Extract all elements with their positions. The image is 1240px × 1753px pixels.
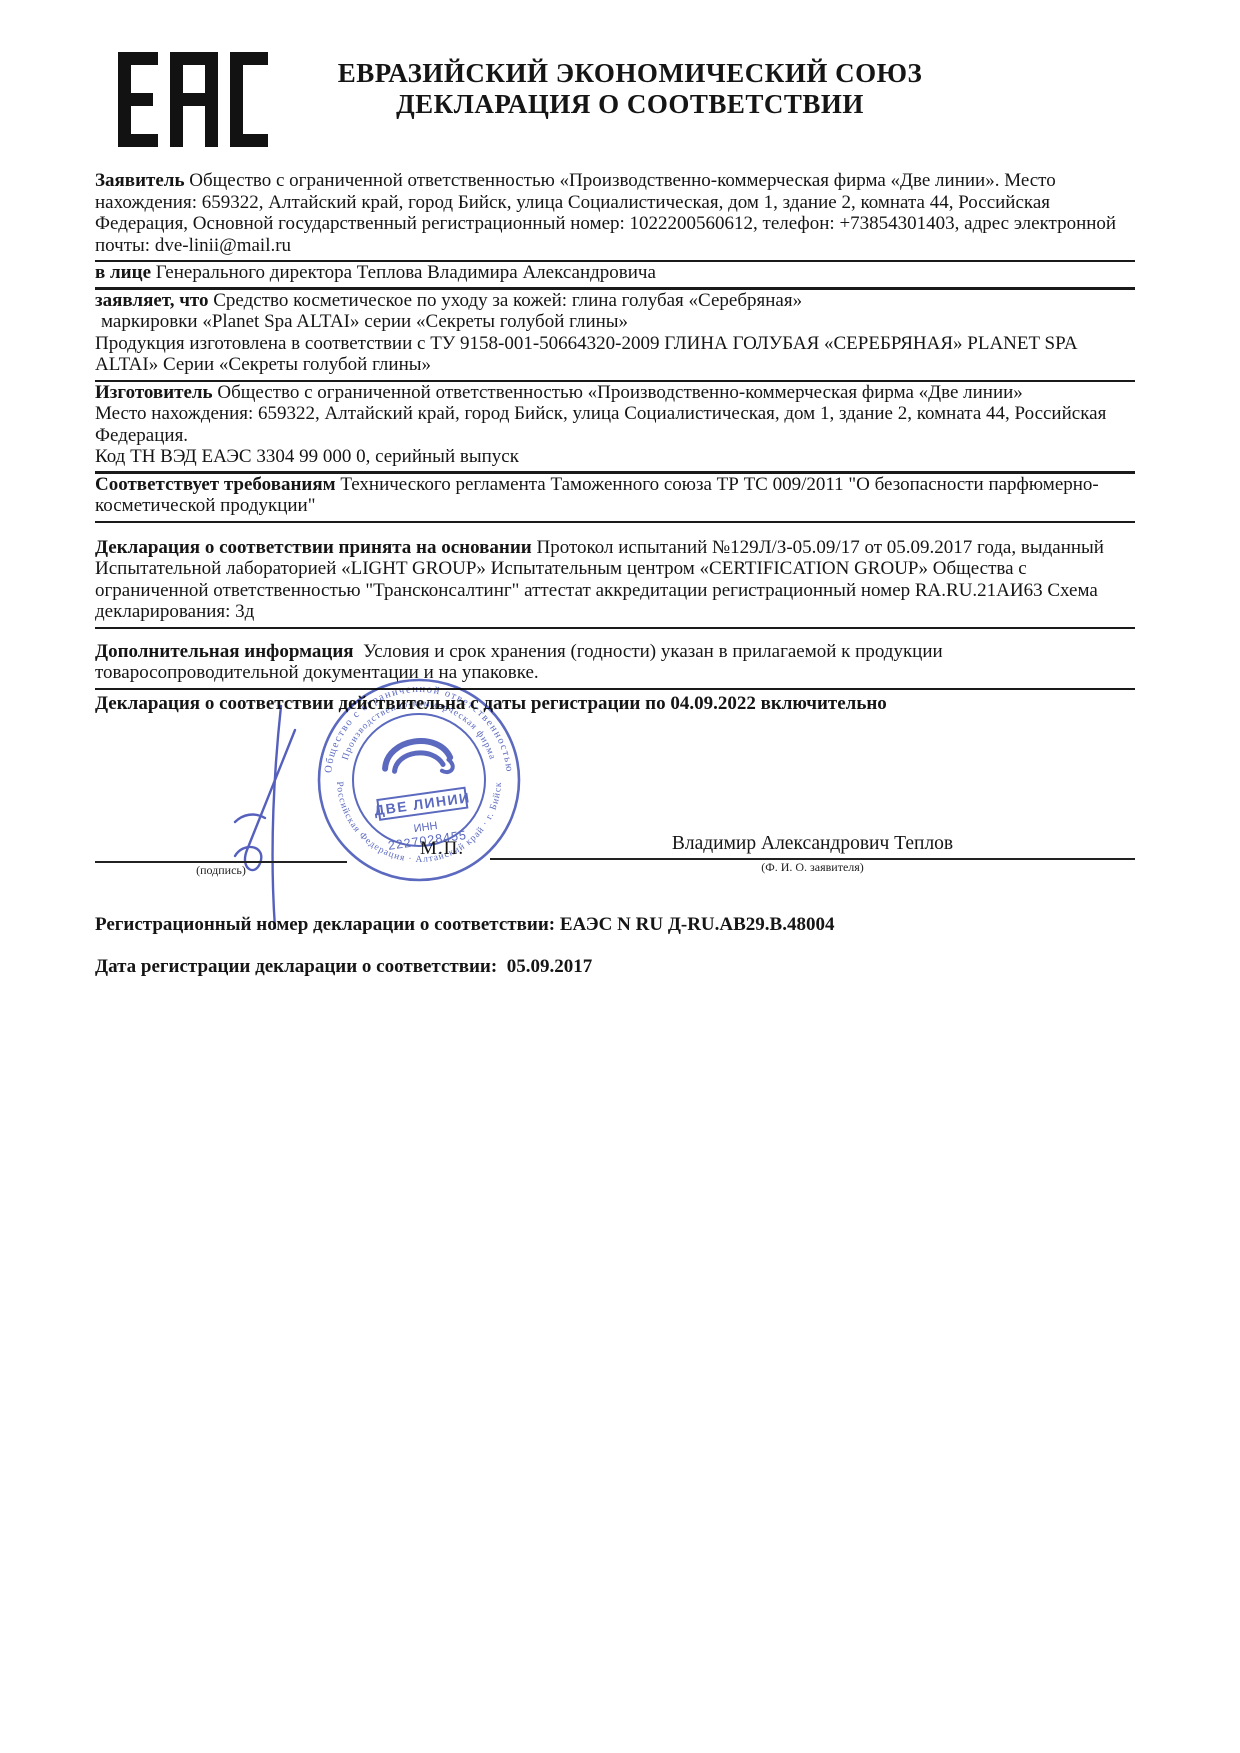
in-person-text: Генерального директора Теплова Владимира… — [156, 262, 656, 283]
document-title: ЕВРАЗИЙСКИЙ ЭКОНОМИЧЕСКИЙ СОЮЗ ДЕКЛАРАЦИ… — [260, 58, 1000, 120]
registration-date-value: 05.09.2017 — [507, 956, 593, 977]
basis-label: Декларация о соответствии принята на осн… — [95, 537, 532, 558]
registration-date-label: Дата регистрации декларации о соответств… — [95, 956, 497, 977]
applicant-text: Общество с ограниченной ответственностью… — [95, 170, 1116, 256]
handwritten-signature — [215, 702, 325, 932]
title-line-union: ЕВРАЗИЙСКИЙ ЭКОНОМИЧЕСКИЙ СОЮЗ — [260, 58, 1000, 89]
signature-caption: (подпись) — [95, 863, 347, 877]
basis-paragraph: Декларация о соответствии принята на осн… — [95, 537, 1135, 623]
declarant-name: Владимир Александрович Теплов — [490, 833, 1135, 860]
manufacturer-label: Изготовитель — [95, 382, 213, 403]
basis-section: Декларация о соответствии принята на осн… — [95, 537, 1135, 629]
stamp-logo-swirl — [382, 737, 454, 781]
signature-area: Общество с ограниченной ответственностью… — [95, 714, 1135, 914]
additional-info-paragraph: Дополнительная информация Условия и срок… — [95, 641, 1135, 684]
manufacturer-line1: Изготовитель Общество с ограниченной отв… — [95, 382, 1135, 404]
compliance-label: Соответствует требованиям — [95, 474, 336, 495]
manufacturer-name: Общество с ограниченной ответственностью… — [217, 382, 1022, 403]
eac-logo-icon — [118, 52, 268, 147]
stamp-place-mark: М.П. — [420, 838, 464, 860]
document-body: Заявитель Общество с ограниченной ответс… — [95, 170, 1135, 977]
compliance-paragraph: Соответствует требованиям Технического р… — [95, 474, 1135, 517]
declares-line1: заявляет, что Средство косметическое по … — [95, 290, 1135, 312]
declares-line3: Продукция изготовлена в соответствии с Т… — [95, 333, 1135, 376]
manufacturer-tnved-code: Код ТН ВЭД ЕАЭС 3304 99 000 0, серийный … — [95, 446, 1135, 468]
in-person-label: в лице — [95, 262, 151, 283]
applicant-paragraph: Заявитель Общество с ограниченной ответс… — [95, 170, 1135, 256]
declares-product: Средство косметическое по уходу за кожей… — [213, 290, 802, 311]
title-line-declaration: ДЕКЛАРАЦИЯ О СООТВЕТСТВИИ — [260, 89, 1000, 120]
additional-info-section: Дополнительная информация Условия и срок… — [95, 641, 1135, 690]
registration-number-label: Регистрационный номер декларации о соотв… — [95, 914, 555, 935]
svg-text:Общество с ограниченной ответс: Общество с ограниченной ответственностью — [323, 684, 515, 774]
signature-line: (подпись) — [95, 861, 347, 877]
stamp-ring-outer-text: Общество с ограниченной ответственностью — [323, 684, 515, 774]
declares-label: заявляет, что — [95, 290, 209, 311]
declarant-signature-block: Владимир Александрович Теплов (Ф. И. О. … — [490, 833, 1135, 874]
manufacturer-section: Изготовитель Общество с ограниченной отв… — [95, 382, 1135, 474]
declarant-name-caption: (Ф. И. О. заявителя) — [490, 860, 1135, 874]
in-person-paragraph: в лице Генерального директора Теплова Вл… — [95, 262, 1135, 284]
registration-date-line: Дата регистрации декларации о соответств… — [95, 956, 1135, 978]
additional-info-label: Дополнительная информация — [95, 641, 354, 662]
registration-number-value: ЕАЭС N RU Д-RU.АВ29.В.48004 — [560, 914, 835, 935]
declares-line2: маркировки «Planet Spa ALTAI» серии «Сек… — [95, 311, 1135, 333]
manufacturer-address: Место нахождения: 659322, Алтайский край… — [95, 403, 1135, 446]
applicant-label: Заявитель — [95, 170, 185, 191]
declaration-document: ЕВРАЗИЙСКИЙ ЭКОНОМИЧЕСКИЙ СОЮЗ ДЕКЛАРАЦИ… — [0, 0, 1240, 1753]
declares-section: заявляет, что Средство косметическое по … — [95, 290, 1135, 382]
applicant-section: Заявитель Общество с ограниченной ответс… — [95, 170, 1135, 262]
compliance-section: Соответствует требованиям Технического р… — [95, 474, 1135, 523]
in-person-section: в лице Генерального директора Теплова Вл… — [95, 262, 1135, 290]
